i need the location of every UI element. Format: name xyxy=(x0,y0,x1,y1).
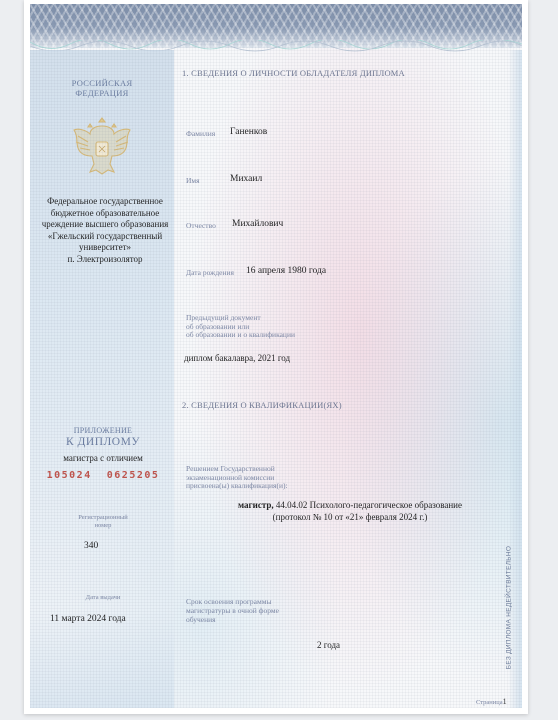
name-value: Михаил xyxy=(230,174,262,184)
document-sheet: РОССИЙСКАЯ ФЕДЕРАЦИЯ Федеральное государ… xyxy=(30,4,522,708)
name-label: Имя xyxy=(186,176,200,185)
surname-value: Ганенков xyxy=(230,127,267,137)
birth-date-label: Дата рождения xyxy=(186,268,234,277)
qualification-line: магистр, 44.04.02 Психолого-педагогическ… xyxy=(180,499,520,511)
previous-document-value: диплом бакалавра, 2021 год xyxy=(184,353,290,363)
page-label: Страница xyxy=(476,699,503,706)
organization-name: Федеральное государственное бюджетное об… xyxy=(30,196,180,265)
patronymic-value: Михайлович xyxy=(232,219,283,229)
registration-number: 340 xyxy=(84,541,98,551)
study-duration-label-line: магистратуры в очной форме xyxy=(186,606,279,615)
previous-document-label: Предыдущий документ об образовании или о… xyxy=(186,314,295,340)
section-1-title: 1. СВЕДЕНИЯ О ЛИЧНОСТИ ОБЛАДАТЕЛЯ ДИПЛОМ… xyxy=(182,68,405,78)
org-line: Федеральное государственное xyxy=(30,196,180,208)
appendix-title: ПРИЛОЖЕНИЕ К ДИПЛОМУ xyxy=(30,426,176,449)
vertical-validity-note: БЕЗ ДИПЛОМА НЕДЕЙСТВИТЕЛЬНО xyxy=(506,533,513,683)
qualification-degree: магистр, xyxy=(238,500,274,510)
org-line: «Гжельский государственный xyxy=(30,231,180,243)
appendix-title-line-2: К ДИПЛОМУ xyxy=(30,436,176,449)
page-number: 1 xyxy=(503,697,507,706)
diploma-appendix-page: РОССИЙСКАЯ ФЕДЕРАЦИЯ Федеральное государ… xyxy=(24,0,528,714)
serial-number: 105024 0625205 xyxy=(30,470,176,481)
org-line: чреждение высшего образования xyxy=(30,219,180,231)
org-line: бюджетное образовательное xyxy=(30,208,180,220)
qualification-program: 44.04.02 Психолого-педагогическое образо… xyxy=(274,500,462,510)
org-line: п. Электроизолятор xyxy=(30,254,180,266)
registration-label-line: Регистрационный xyxy=(30,514,176,522)
country-line-2: ФЕДЕРАЦИЯ xyxy=(30,88,174,98)
registration-label: Регистрационный номер xyxy=(30,514,176,530)
registration-label-line: номер xyxy=(30,522,176,530)
qualification-block: магистр, 44.04.02 Психолого-педагогическ… xyxy=(180,499,520,523)
section-2-title: 2. СВЕДЕНИЯ О КВАЛИФИКАЦИИ(ЯХ) xyxy=(182,400,342,410)
issue-date: 11 марта 2024 года xyxy=(50,614,126,624)
org-line: университет» xyxy=(30,242,180,254)
country-name: РОССИЙСКАЯ ФЕДЕРАЦИЯ xyxy=(30,78,174,98)
issue-date-label: Дата выдачи xyxy=(30,593,176,602)
study-duration-label-line: Срок освоения программы xyxy=(186,597,279,606)
study-duration-label-line: обучения xyxy=(186,615,279,624)
patronymic-label: Отчество xyxy=(186,221,216,230)
appendix-title-line-1: ПРИЛОЖЕНИЕ xyxy=(30,426,176,436)
country-line-1: РОССИЙСКАЯ xyxy=(30,78,174,88)
appendix-type: магистра с отличием xyxy=(30,453,176,463)
birth-date-value: 16 апреля 1980 года xyxy=(246,266,326,276)
study-duration-value: 2 года xyxy=(317,640,340,650)
double-headed-eagle-emblem-icon xyxy=(68,112,136,180)
study-duration-label: Срок освоения программы магистратуры в о… xyxy=(186,597,279,624)
surname-label: Фамилия xyxy=(186,129,215,138)
protocol-reference: (протокол № 10 от «21» февраля 2024 г.) xyxy=(180,511,520,523)
decision-label: Решением Государственной экзаменационной… xyxy=(186,465,288,491)
page-indicator: Страница1 xyxy=(476,697,507,707)
decision-label-line: присвоена(ы) квалификация(и): xyxy=(186,482,288,491)
previous-document-label-line: об образовании и о квалификации xyxy=(186,331,295,340)
